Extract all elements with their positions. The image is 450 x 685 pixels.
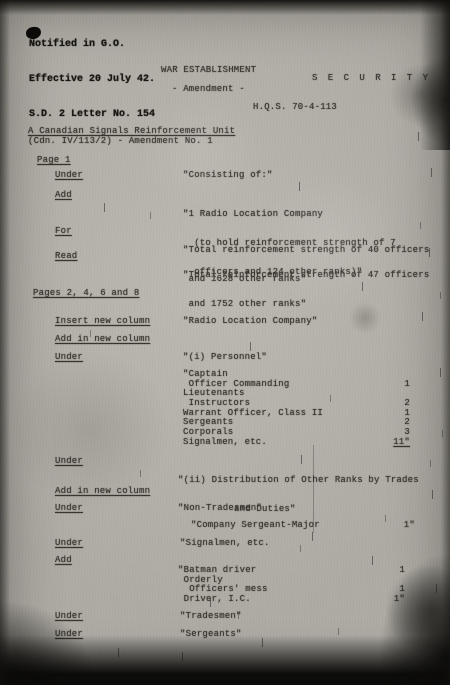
duty-count: 1" bbox=[394, 595, 405, 605]
entry-line: "(ii) Distribution of Other Ranks by Tra… bbox=[178, 476, 419, 486]
duty-count: 1 bbox=[399, 566, 405, 576]
stamp-line-notified: Notified in G.O. bbox=[29, 39, 155, 51]
scan-edge-right bbox=[441, 0, 450, 685]
entry-text: "Signalmen, etc. bbox=[180, 539, 270, 549]
rank-count: 1" bbox=[404, 521, 415, 531]
edge-smudge bbox=[410, 55, 450, 145]
scan-edge-left bbox=[0, 0, 10, 685]
rank-name: "Company Sergeant-Major bbox=[191, 520, 320, 530]
csm-row: "Company Sergeant-Major1" bbox=[191, 521, 415, 531]
scanned-document: Notified in G.O. Effective 20 July 42. S… bbox=[0, 0, 450, 685]
directive-under: Under bbox=[55, 539, 83, 549]
rank-name: Sergeants bbox=[183, 417, 233, 427]
entry-line: "Total reinforcement strength of 47 offi… bbox=[183, 271, 429, 281]
entry-text: "Sergeants" bbox=[180, 630, 242, 640]
entry-line: "1 Radio Location Company bbox=[183, 210, 396, 220]
personnel-list: "Captain Officer Commanding1 Lieutenants… bbox=[183, 370, 410, 448]
rank-name: Instructors bbox=[183, 398, 250, 408]
addition-row-driver-ic: Driver, I.C.1" bbox=[178, 595, 405, 605]
document-title: WAR ESTABLISHMENT bbox=[161, 66, 256, 76]
directive-add: Add bbox=[55, 556, 72, 566]
directive-insert-new-column: Insert new column bbox=[55, 317, 150, 327]
directive-read: Read bbox=[55, 252, 77, 262]
directive-under: Under bbox=[55, 630, 83, 640]
stamp-line-letter: S.D. 2 Letter No. 154 bbox=[29, 109, 155, 121]
section-heading-pages2468: Pages 2, 4, 6 and 8 bbox=[33, 289, 139, 299]
scan-mark bbox=[0, 0, 1, 9]
scan-mark bbox=[0, 0, 1, 7]
entry-text: "Tradesmen" bbox=[180, 612, 242, 622]
file-reference: H.Q.S. 70-4-113 bbox=[253, 103, 337, 113]
duty-name: "Batman driver bbox=[178, 565, 256, 575]
gazette-stamp: Notified in G.O. Effective 20 July 42. S… bbox=[29, 16, 155, 144]
entry-text: "Non-Tradesmen" bbox=[178, 504, 262, 514]
entry-line: and 1752 other ranks" bbox=[183, 300, 429, 310]
stamp-line-effective: Effective 20 July 42. bbox=[29, 74, 155, 86]
rank-name: Signalmen, etc. bbox=[183, 437, 267, 447]
duty-name: Driver, I.C. bbox=[178, 594, 251, 604]
entry-text: "Consisting of:" bbox=[183, 171, 273, 181]
directive-for: For bbox=[55, 227, 72, 237]
section-heading-page1: Page 1 bbox=[37, 156, 71, 166]
directive-under: Under bbox=[55, 353, 83, 363]
directive-under: Under bbox=[55, 504, 83, 514]
additions-list: "Batman driver1 Orderly Officers' mess1 … bbox=[178, 566, 405, 604]
amendment-number: (Cdn. IV/113/2) - Amendment No. 1 bbox=[28, 137, 213, 147]
directive-add-in-new-column: Add in new column bbox=[55, 487, 150, 497]
directive-add-in-new-column: Add in new column bbox=[55, 335, 150, 345]
scan-edge-top bbox=[0, 0, 450, 15]
directive-under: Under bbox=[55, 457, 83, 467]
rank-count: 1 bbox=[404, 380, 410, 390]
rank-count: 11" bbox=[393, 438, 410, 448]
directive-under: Under bbox=[55, 612, 83, 622]
directive-add: Add bbox=[55, 191, 72, 201]
document-subtitle: - Amendment - bbox=[172, 85, 245, 95]
personnel-row-signalmen: Signalmen, etc.11" bbox=[183, 438, 410, 448]
rank-name: Lieutenants bbox=[183, 388, 245, 398]
entry-text: "Radio Location Company" bbox=[183, 317, 317, 327]
security-classification: S E C U R I T Y bbox=[312, 74, 431, 84]
rank-name: Corporals bbox=[183, 427, 233, 437]
duty-name: Officers' mess bbox=[178, 584, 268, 594]
scan-edge-bottom bbox=[0, 635, 450, 685]
entry-text: "(i) Personnel" bbox=[183, 353, 267, 363]
rank-name: "Captain bbox=[183, 369, 228, 379]
directive-under: Under bbox=[55, 171, 83, 181]
